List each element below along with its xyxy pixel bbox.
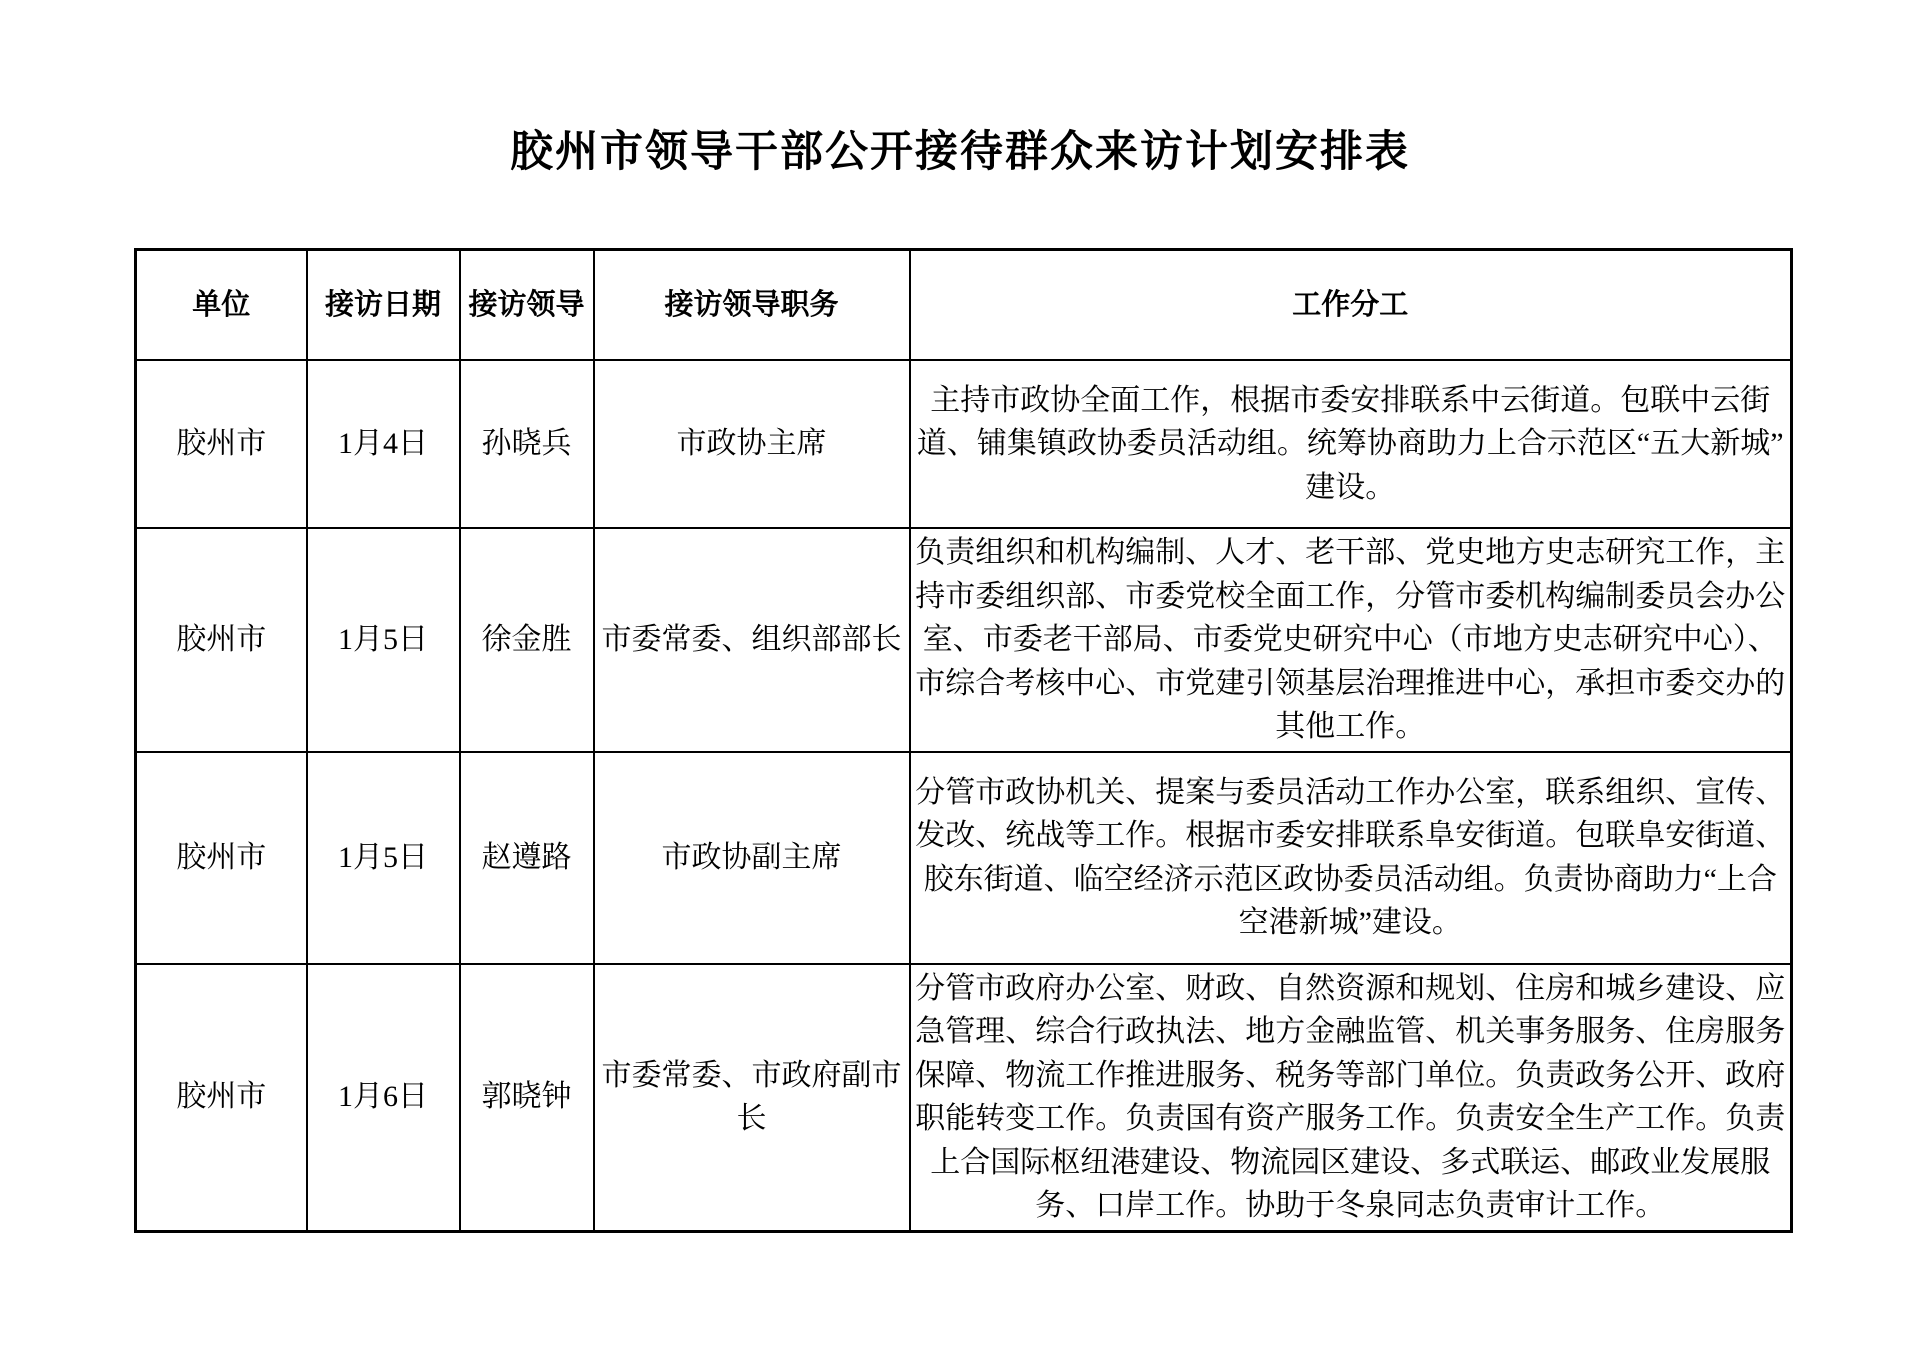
cell-position: 市政协副主席: [594, 752, 910, 964]
column-header-date: 接访日期: [307, 250, 460, 361]
cell-duties: 分管市政府办公室、财政、自然资源和规划、住房和城乡建设、应急管理、综合行政执法、…: [910, 964, 1792, 1232]
table-row: 胶州市 1月5日 徐金胜 市委常委、组织部部长 负责组织和机构编制、人才、老干部…: [136, 528, 1792, 752]
cell-leader: 赵遵路: [460, 752, 594, 964]
cell-date: 1月6日: [307, 964, 460, 1232]
cell-unit: 胶州市: [136, 528, 307, 752]
column-header-unit: 单位: [136, 250, 307, 361]
document-page: 胶州市领导干部公开接待群众来访计划安排表 单位 接访日期 接访领导 接访领导职务…: [0, 0, 1920, 1358]
schedule-table: 单位 接访日期 接访领导 接访领导职务 工作分工 胶州市 1月4日 孙晓兵 市政…: [134, 248, 1793, 1233]
page-title: 胶州市领导干部公开接待群众来访计划安排表: [0, 118, 1920, 179]
table-row: 胶州市 1月4日 孙晓兵 市政协主席 主持市政协全面工作，根据市委安排联系中云街…: [136, 360, 1792, 528]
cell-position: 市政协主席: [594, 360, 910, 528]
cell-unit: 胶州市: [136, 752, 307, 964]
cell-duties: 负责组织和机构编制、人才、老干部、党史地方史志研究工作，主持市委组织部、市委党校…: [910, 528, 1792, 752]
cell-leader: 徐金胜: [460, 528, 594, 752]
cell-position: 市委常委、市政府副市长: [594, 964, 910, 1232]
column-header-duties: 工作分工: [910, 250, 1792, 361]
cell-leader: 孙晓兵: [460, 360, 594, 528]
column-header-position: 接访领导职务: [594, 250, 910, 361]
table-row: 胶州市 1月6日 郭晓钟 市委常委、市政府副市长 分管市政府办公室、财政、自然资…: [136, 964, 1792, 1232]
cell-duties: 主持市政协全面工作，根据市委安排联系中云街道。包联中云街道、铺集镇政协委员活动组…: [910, 360, 1792, 528]
table-row: 胶州市 1月5日 赵遵路 市政协副主席 分管市政协机关、提案与委员活动工作办公室…: [136, 752, 1792, 964]
cell-date: 1月5日: [307, 752, 460, 964]
cell-date: 1月5日: [307, 528, 460, 752]
cell-unit: 胶州市: [136, 360, 307, 528]
cell-leader: 郭晓钟: [460, 964, 594, 1232]
cell-unit: 胶州市: [136, 964, 307, 1232]
column-header-leader: 接访领导: [460, 250, 594, 361]
cell-date: 1月4日: [307, 360, 460, 528]
cell-duties: 分管市政协机关、提案与委员活动工作办公室，联系组织、宣传、发改、统战等工作。根据…: [910, 752, 1792, 964]
cell-position: 市委常委、组织部部长: [594, 528, 910, 752]
table-header-row: 单位 接访日期 接访领导 接访领导职务 工作分工: [136, 250, 1792, 361]
schedule-table-container: 单位 接访日期 接访领导 接访领导职务 工作分工 胶州市 1月4日 孙晓兵 市政…: [134, 248, 1790, 1233]
